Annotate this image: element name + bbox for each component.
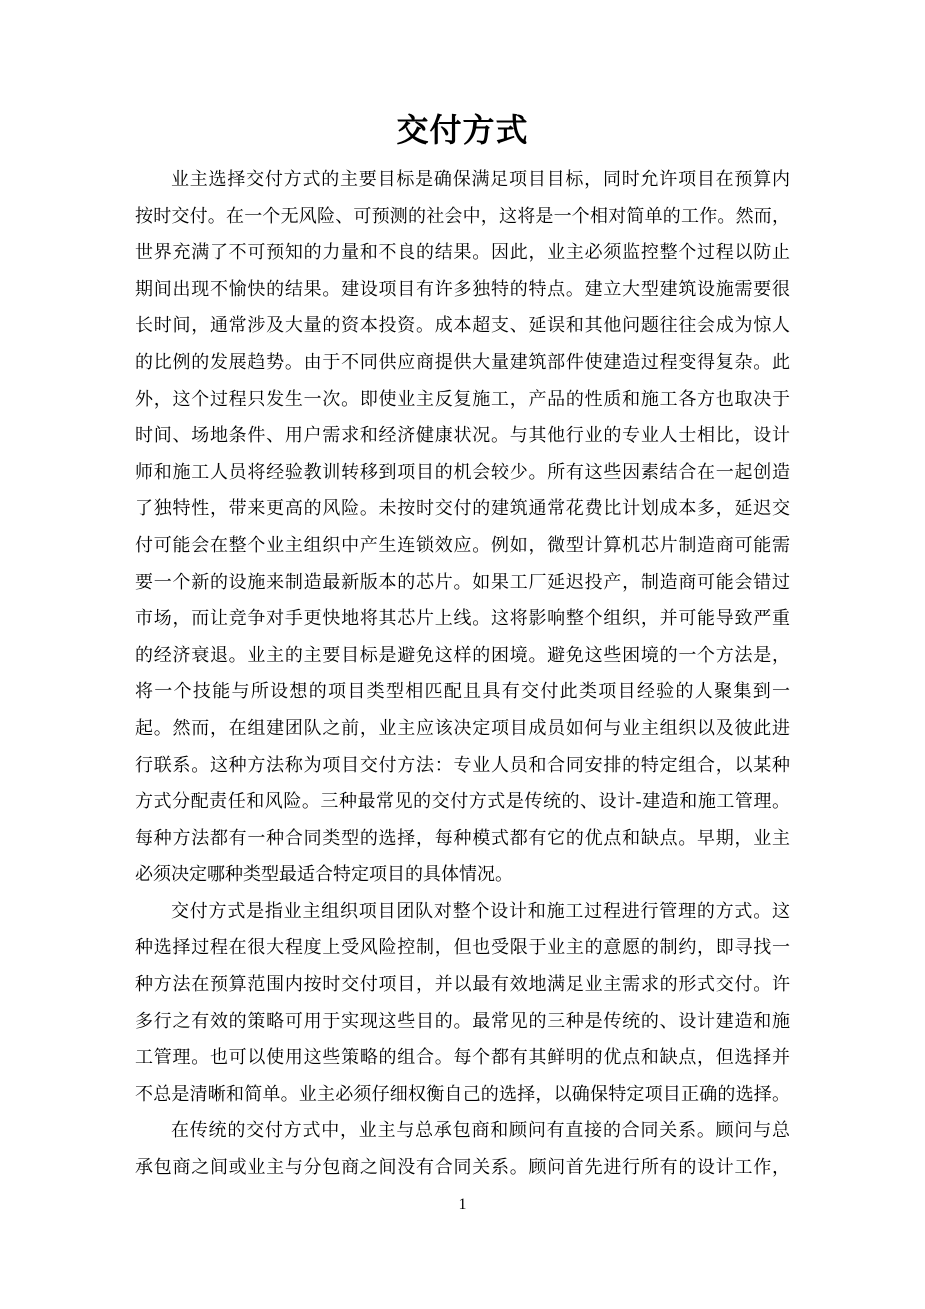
text-line: 长时间，通常涉及大量的资本投资。成本超支、延误和其他问题往往会成为惊人 [135,307,790,344]
text-line: 行联系。这种方法称为项目交付方法：专业人员和合同安排的特定组合，以某种 [135,747,790,784]
text-line: 业主选择交付方式的主要目标是确保满足项目目标，同时允许项目在预算内 [135,161,790,198]
text-line: 世界充满了不可预知的力量和不良的结果。因此，业主必须监控整个过程以防止 [135,234,790,271]
document-content: 交付方式 业主选择交付方式的主要目标是确保满足项目目标，同时允许项目在预算内按时… [135,0,790,1216]
text-line: 每种方法都有一种合同类型的选择，每种模式都有它的优点和缺点。早期，业主 [135,820,790,857]
text-line: 种方法在预算范围内按时交付项目，并以最有效地满足业主需求的形式交付。许 [135,966,790,1003]
text-line: 必须决定哪种类型最适合特定项目的具体情况。 [135,856,790,893]
text-line: 期间出现不愉快的结果。建设项目有许多独特的特点。建立大型建筑设施需要很 [135,271,790,308]
text-line: 在传统的交付方式中，业主与总承包商和顾问有直接的合同关系。顾问与总 [135,1112,790,1149]
text-line: 要一个新的设施来制造最新版本的芯片。如果工厂延迟投产，制造商可能会错过 [135,564,790,601]
text-line: 按时交付。在一个无风险、可预测的社会中，这将是一个相对简单的工作。然而， [135,198,790,235]
text-line: 时间、场地条件、用户需求和经济健康状况。与其他行业的专业人士相比，设计 [135,417,790,454]
text-line: 多行之有效的策略可用于实现这些目的。最常见的三种是传统的、设计建造和施 [135,1003,790,1040]
document-page: 交付方式 业主选择交付方式的主要目标是确保满足项目目标，同时允许项目在预算内按时… [0,0,925,1309]
text-line: 市场，而让竞争对手更快地将其芯片上线。这将影响整个组织，并可能导致严重 [135,600,790,637]
text-line: 种选择过程在很大程度上受风险控制，但也受限于业主的意愿的制约，即寻找一 [135,929,790,966]
page-number: 1 [135,1194,790,1216]
text-line: 的比例的发展趋势。由于不同供应商提供大量建筑部件使建造过程变得复杂。此 [135,344,790,381]
paragraph: 在传统的交付方式中，业主与总承包商和顾问有直接的合同关系。顾问与总承包商之间或业… [135,1112,790,1185]
text-line: 师和施工人员将经验教训转移到项目的机会较少。所有这些因素结合在一起创造 [135,454,790,491]
text-line: 外，这个过程只发生一次。即使业主反复施工，产品的性质和施工各方也取决于 [135,381,790,418]
text-line: 方式分配责任和风险。三种最常见的交付方式是传统的、设计-建造和施工管理。 [135,783,790,820]
text-line: 了独特性，带来更高的风险。未按时交付的建筑通常花费比计划成本多，延迟交 [135,490,790,527]
text-line: 交付方式是指业主组织项目团队对整个设计和施工过程进行管理的方式。这 [135,893,790,930]
document-title: 交付方式 [135,0,790,152]
text-line: 不总是清晰和简单。业主必须仔细权衡自己的选择，以确保特定项目正确的选择。 [135,1076,790,1113]
paragraph: 业主选择交付方式的主要目标是确保满足项目目标，同时允许项目在预算内按时交付。在一… [135,161,790,893]
text-line: 承包商之间或业主与分包商之间没有合同关系。顾问首先进行所有的设计工作， [135,1149,790,1186]
text-line: 工管理。也可以使用这些策略的组合。每个都有其鲜明的优点和缺点，但选择并 [135,1039,790,1076]
text-line: 付可能会在整个业主组织中产生连锁效应。例如，微型计算机芯片制造商可能需 [135,527,790,564]
text-line: 起。然而，在组建团队之前，业主应该决定项目成员如何与业主组织以及彼此进 [135,710,790,747]
paragraph: 交付方式是指业主组织项目团队对整个设计和施工过程进行管理的方式。这种选择过程在很… [135,893,790,1113]
text-line: 的经济衰退。业主的主要目标是避免这样的困境。避免这些困境的一个方法是， [135,637,790,674]
document-body: 业主选择交付方式的主要目标是确保满足项目目标，同时允许项目在预算内按时交付。在一… [135,161,790,1186]
text-line: 将一个技能与所设想的项目类型相匹配且具有交付此类项目经验的人聚集到一 [135,673,790,710]
